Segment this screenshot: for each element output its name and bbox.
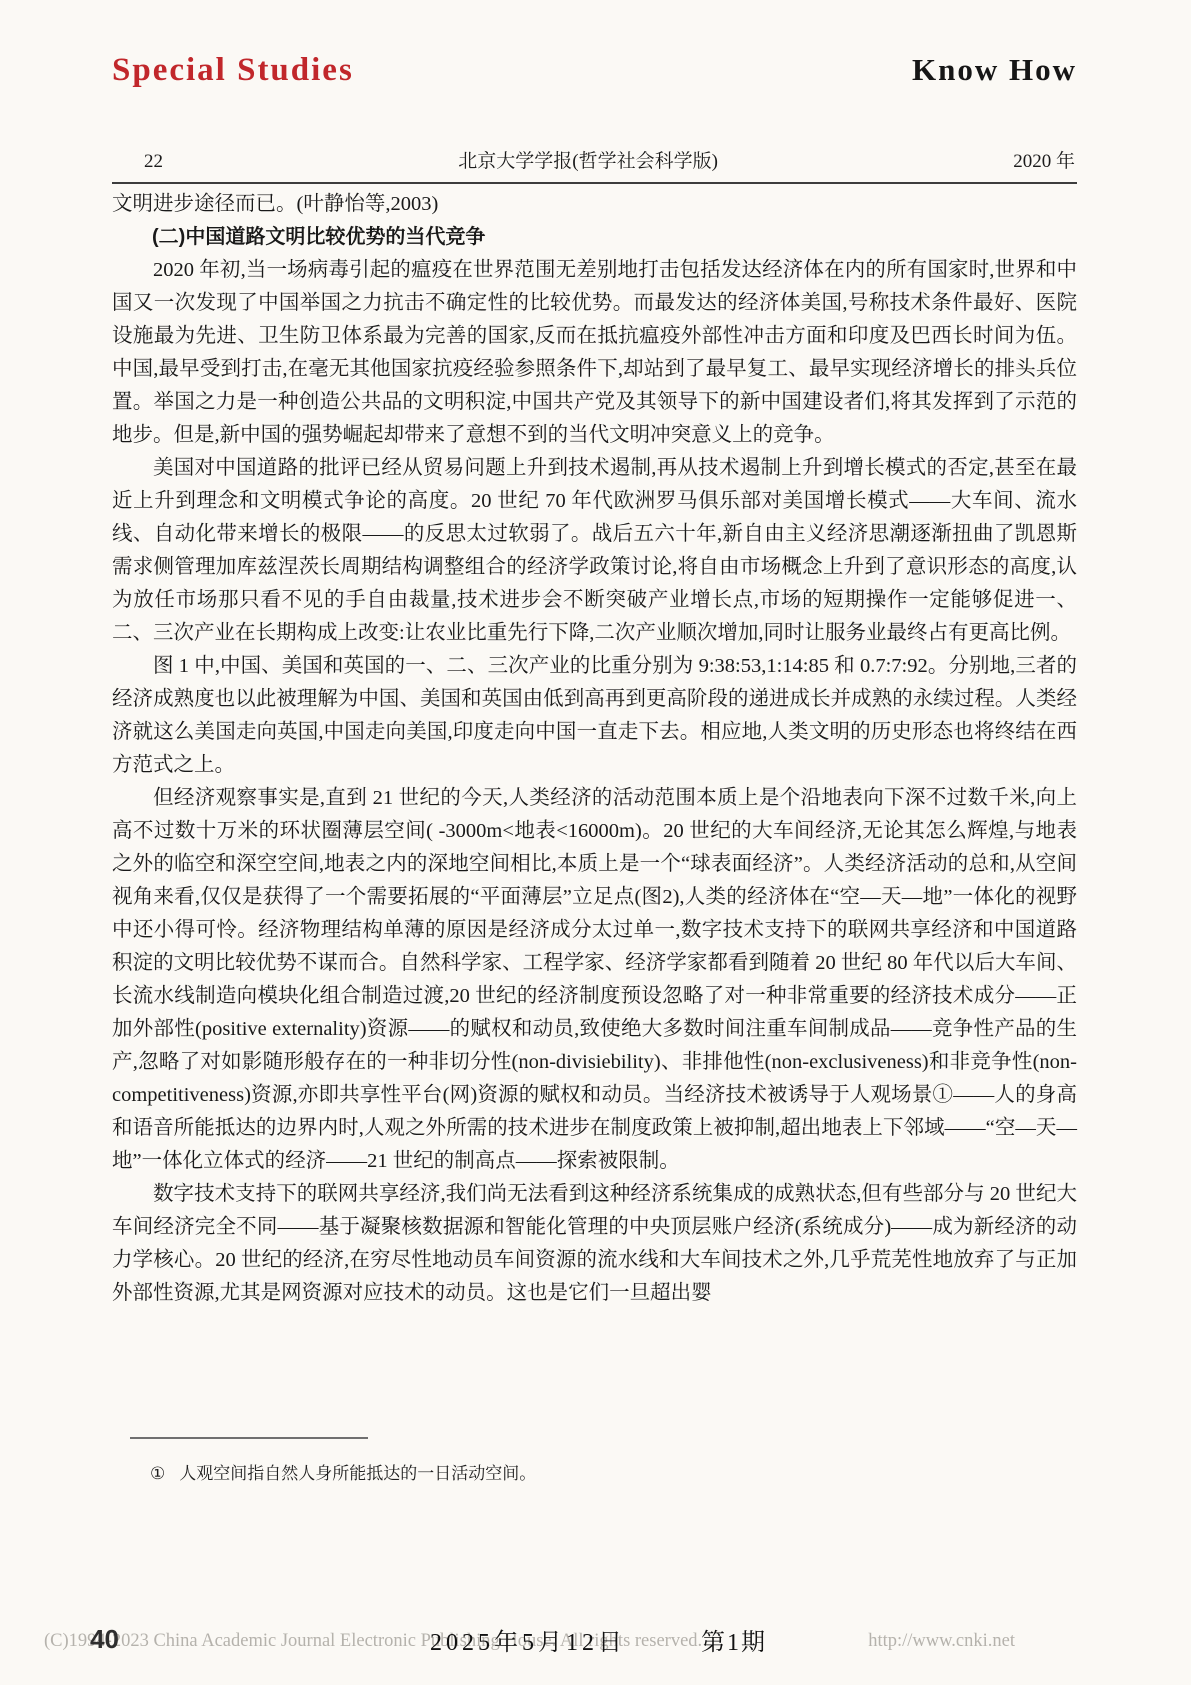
body-paragraph: 2020 年初,当一场病毒引起的瘟疫在世界范围无差别地打击包括发达经济体在内的所… [112, 254, 1077, 452]
masthead: Special Studies Know How [112, 52, 1077, 89]
journal-year: 2020 年 [1013, 146, 1077, 173]
footer-date: 2025年5月12日 [430, 1622, 626, 1657]
footer-issue: 第1期 [701, 1622, 767, 1657]
body-paragraph: 图 1 中,中国、美国和英国的一、二、三次产业的比重分别为 9:38:53,1:… [112, 650, 1077, 782]
article-body: 文明进步途径而已。(叶静怡等,2003) (二)中国道路文明比较优势的当代竞争 … [112, 188, 1077, 1310]
body-paragraph: 但经济观察事实是,直到 21 世纪的今天,人类经济的活动范围本质上是个沿地表向下… [112, 782, 1077, 1178]
footnote-text: 人观空间指自然人身所能抵达的一日活动空间。 [179, 1464, 536, 1483]
footnote: ①人观空间指自然人身所能抵达的一日活动空间。 [150, 1461, 1050, 1487]
footer-page-number: 40 [90, 1624, 119, 1655]
continuation-line: 文明进步途径而已。(叶静怡等,2003) [112, 188, 1077, 221]
body-paragraph: 数字技术支持下的联网共享经济,我们尚无法看到这种经济系统集成的成熟状态,但有些部… [112, 1178, 1077, 1310]
section-heading: (二)中国道路文明比较优势的当代竞争 [112, 221, 1077, 254]
journal-title: 北京大学学报(哲学社会科学版) [458, 146, 718, 173]
header-page-number: 22 [112, 151, 163, 173]
body-paragraph: 美国对中国道路的批评已经从贸易问题上升到技术遏制,再从技术遏制上升到增长模式的否… [112, 452, 1077, 650]
footnote-marker: ① [150, 1464, 165, 1483]
watermark-url: http://www.cnki.net [868, 1631, 1015, 1652]
footnote-separator [130, 1437, 368, 1439]
masthead-column-label: Know How [912, 52, 1077, 88]
journal-header: 22 北京大学学报(哲学社会科学版) 2020 年 [112, 146, 1077, 184]
journal-page: Special Studies Know How 22 北京大学学报(哲学社会科… [0, 0, 1191, 1685]
masthead-series-label: Special Studies [112, 52, 354, 89]
